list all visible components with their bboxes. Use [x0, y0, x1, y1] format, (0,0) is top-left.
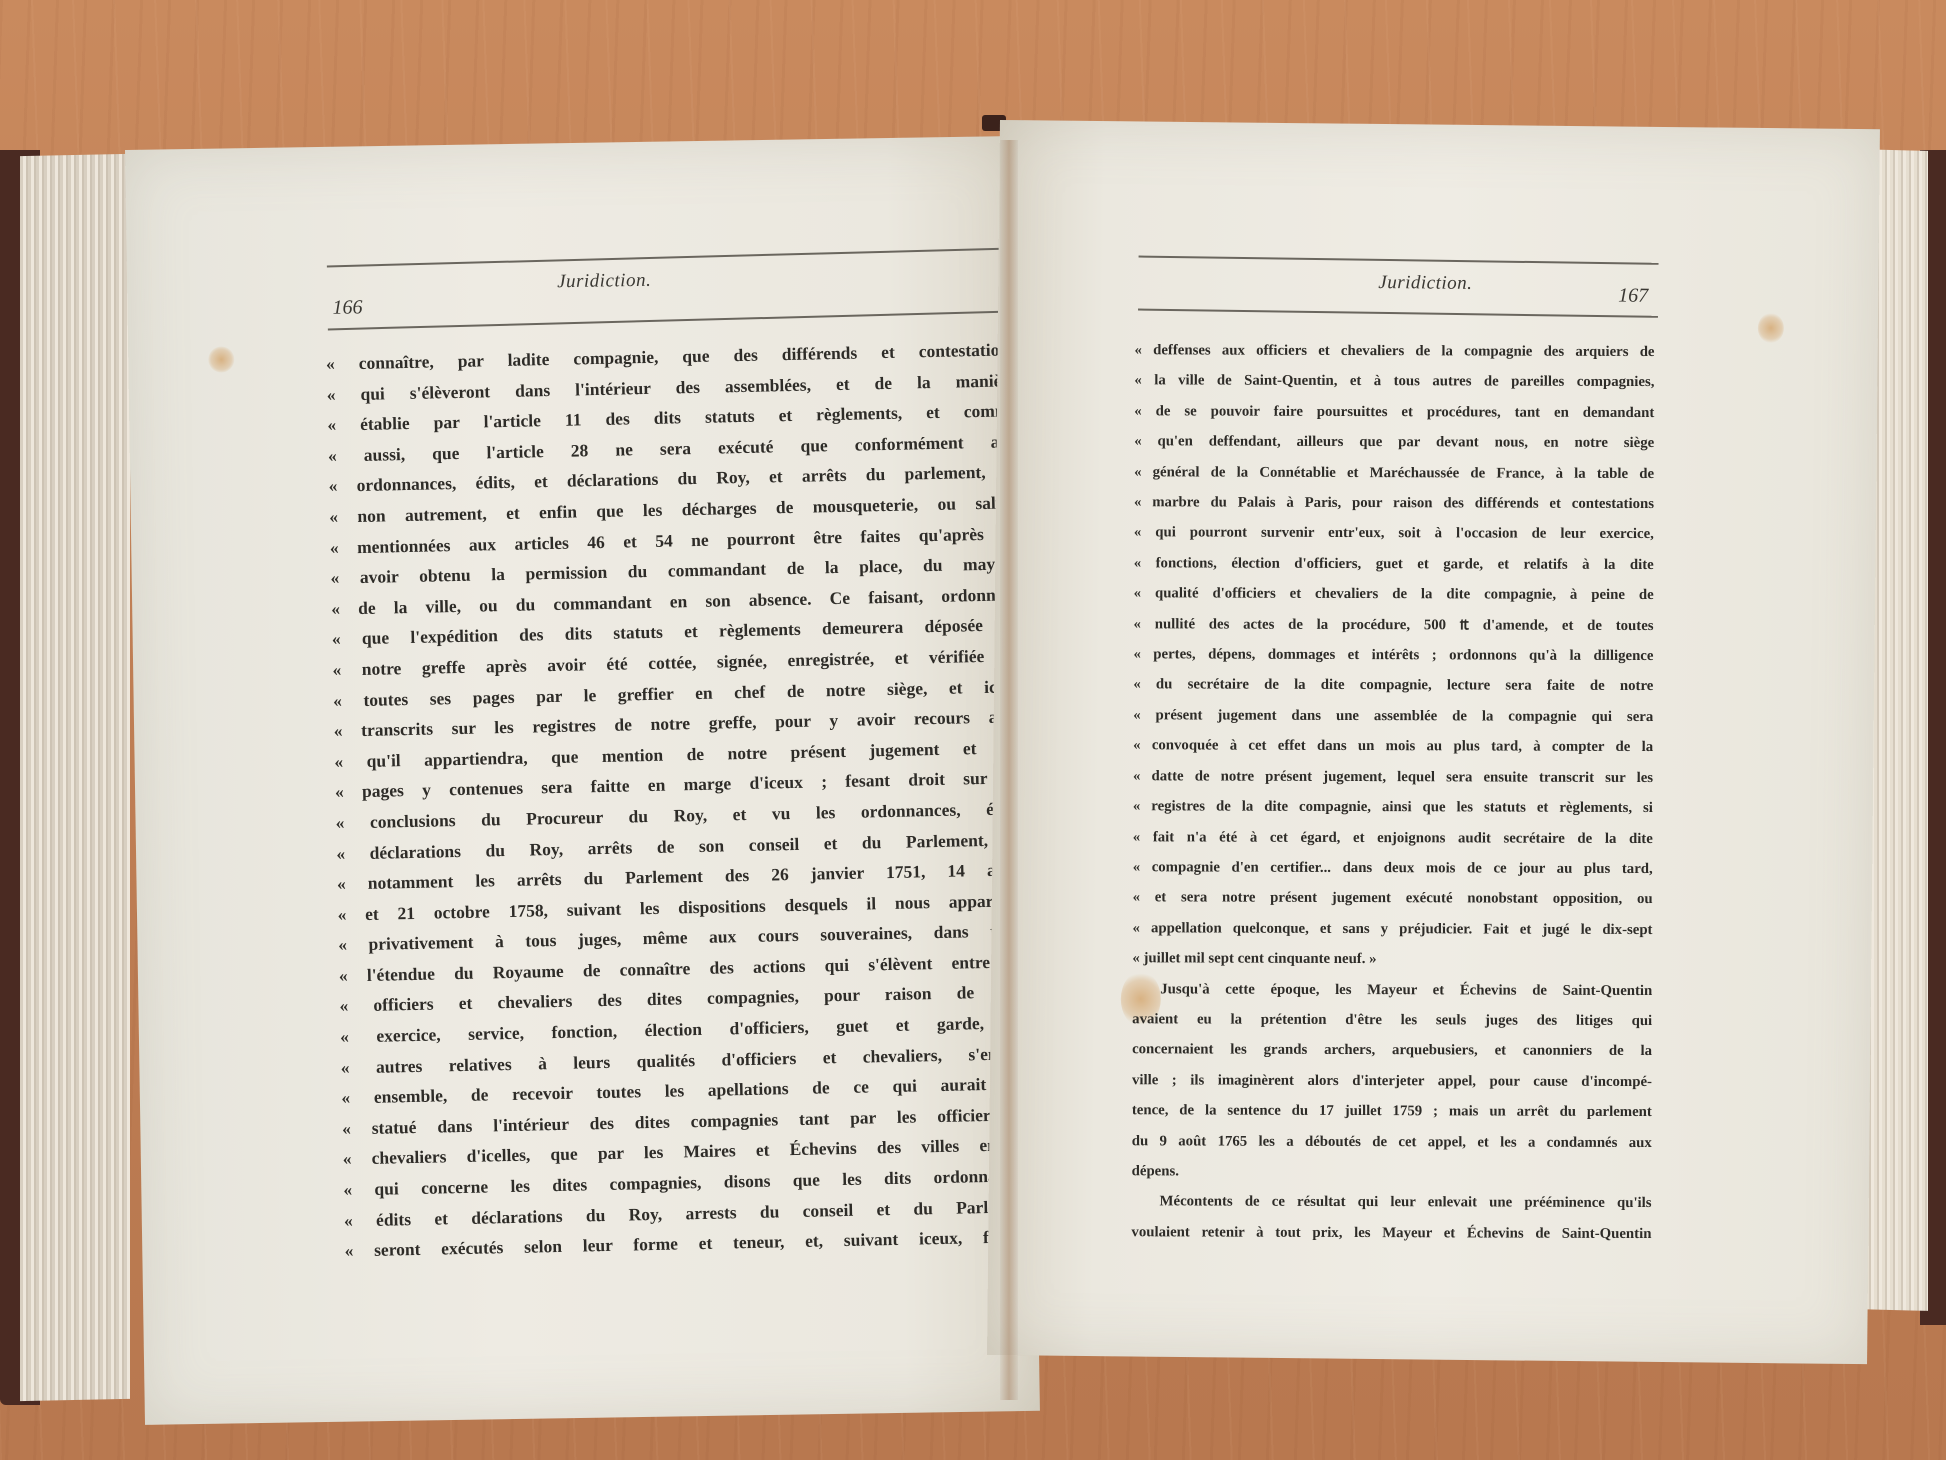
left-page-body: « connaître, par ladite compagnie, que d… [326, 334, 1035, 1266]
quoted-text-line: « la ville de Saint-Quentin, et à tous a… [1134, 366, 1654, 398]
quoted-text-line: « fonctions, élection d'officiers, guet … [1134, 548, 1654, 580]
paragraph-line: dépens. [1132, 1156, 1652, 1188]
quoted-text-line: « nullité des actes de la procédure, 500… [1134, 609, 1654, 641]
header-rule-top [327, 247, 1017, 267]
quoted-text-line: « général de la Connétablie et Maréchaus… [1134, 457, 1654, 489]
page-edges-left [20, 154, 130, 1401]
book-gutter [1000, 140, 1018, 1400]
paragraph-line: Mécontents de ce résultat qui leur enlev… [1131, 1187, 1651, 1219]
quoted-text-line: « présent jugement dans une assemblée de… [1133, 700, 1653, 732]
paragraph-line: ville ; ils imaginèrent alors d'interjet… [1132, 1065, 1652, 1097]
header-rule-top [1139, 256, 1659, 265]
quoted-text-line: « appellation quelconque, et sans y préj… [1132, 913, 1652, 945]
quoted-text-line: « compagnie d'en certifier... dans deux … [1133, 852, 1653, 884]
paragraph-line: Jusqu'à cette époque, les Mayeur et Éche… [1132, 974, 1652, 1006]
quoted-text-line: « qui pourront survenir entr'eux, soit à… [1134, 518, 1654, 550]
header-rule-bottom [328, 310, 1018, 330]
quoted-text-line: « de se pouvoir faire poursuittes et pro… [1134, 396, 1654, 428]
running-head: Juridiction. [1378, 272, 1472, 295]
quoted-text-line: « et sera notre présent jugement exécuté… [1133, 883, 1653, 915]
quoted-text-line: « registres de la dite compagnie, ainsi … [1133, 791, 1653, 823]
paragraph-line: concernaient les grands archers, arquebu… [1132, 1035, 1652, 1067]
paragraph-line: voulaient retenir à tout prix, les Mayeu… [1131, 1217, 1651, 1249]
quoted-text-line: « qualité d'officiers et chevaliers de l… [1134, 578, 1654, 610]
running-head: Juridiction. [557, 270, 651, 293]
page-number: 166 [332, 296, 362, 319]
quoted-text-line: « pertes, dépens, dommages et intérêts ;… [1133, 639, 1653, 671]
quoted-text-line: « juillet mil sept cent cinquante neuf. … [1132, 943, 1652, 975]
left-page: Juridiction. 166 « connaître, par ladite… [125, 136, 1040, 1425]
foxing-stain [1758, 313, 1784, 343]
header-rule-bottom [1138, 309, 1658, 318]
quoted-text-line: « marbre du Palais à Paris, pour raison … [1134, 487, 1654, 519]
paragraph-line: avaient eu la prétention d'être les seul… [1132, 1004, 1652, 1036]
paragraph-line: tence, de la sentence du 17 juillet 1759… [1132, 1095, 1652, 1127]
foxing-stain [208, 346, 234, 372]
quoted-text-line: « deffenses aux officiers et chevaliers … [1134, 335, 1654, 367]
quoted-text-line: « fait n'a été à cet égard, et enjoignon… [1133, 822, 1653, 854]
paragraph-line: du 9 août 1765 les a déboutés de cet app… [1132, 1126, 1652, 1158]
quoted-text-line: « qu'en deffendant, ailleurs que par dev… [1134, 426, 1654, 458]
quoted-text-line: « convoquée à cet effet dans un mois au … [1133, 731, 1653, 763]
quoted-text-line: « du secrétaire de la dite compagnie, le… [1133, 670, 1653, 702]
right-page: Juridiction. 167 « deffenses aux officie… [987, 120, 1880, 1364]
page-number: 167 [1618, 284, 1648, 307]
quoted-text-line: « datte de notre présent jugement, leque… [1133, 761, 1653, 793]
right-page-body: « deffenses aux officiers et chevaliers … [1131, 335, 1654, 1249]
